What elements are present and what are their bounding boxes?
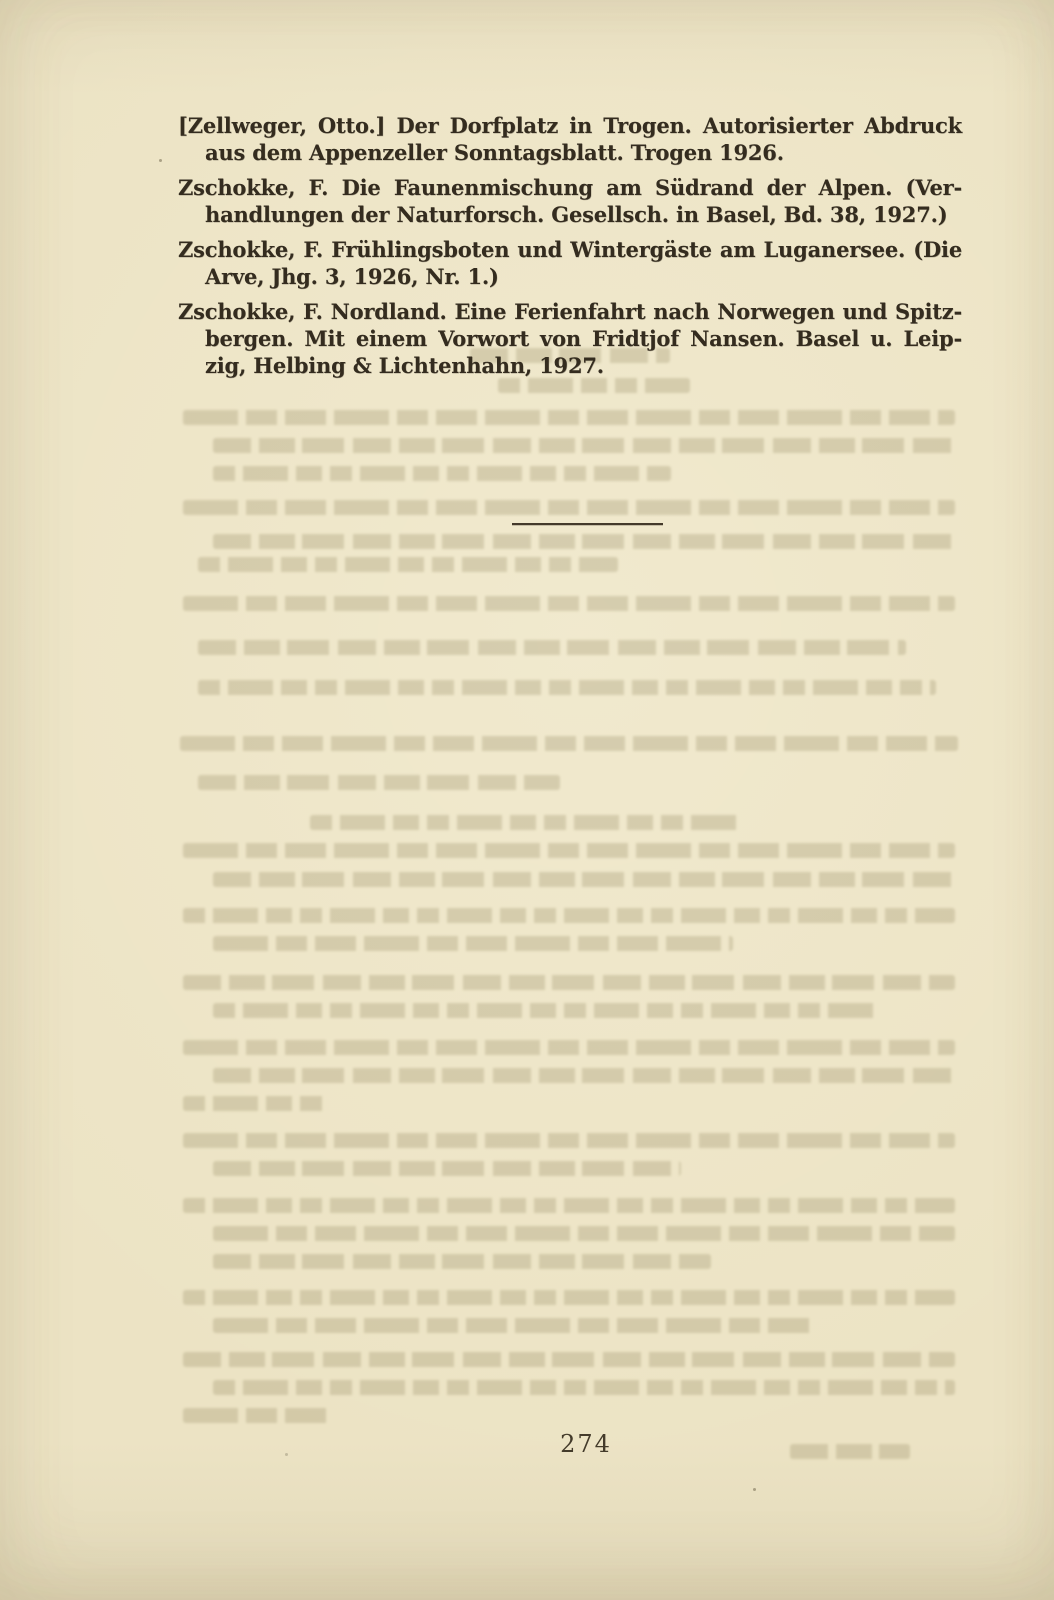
entry-line: zig, Helbing & Lichtenhahn, 1927.	[205, 353, 962, 378]
entry-line: [Zellweger, Otto.] Der Dorfplatz in Trog…	[178, 113, 962, 138]
entry-line: aus dem Appenzeller Sonntagsblatt. Troge…	[205, 140, 962, 165]
entry-line: Arve, Jhg. 3, 1926, Nr. 1.)	[205, 264, 962, 289]
ink-speck	[285, 1453, 288, 1456]
page-number: 274	[186, 1430, 986, 1458]
page: [Zellweger, Otto.] Der Dorfplatz in Trog…	[0, 0, 1054, 1600]
entry-line: bergen. Mit einem Vorwort von Fridtjof N…	[205, 326, 962, 351]
entry-line: Zschokke, F. Nordland. Eine Ferienfahrt …	[178, 299, 962, 324]
entry-line: Zschokke, F. Frühlingsboten und Wintergä…	[178, 237, 962, 262]
bibliography: [Zellweger, Otto.] Der Dorfplatz in Trog…	[178, 0, 962, 1600]
entry-line: handlungen der Naturforsch. Gesellsch. i…	[205, 202, 962, 227]
scanned-book-page: { "document": { "page_number": "274" }, …	[0, 0, 1054, 1600]
entry-line: Zschokke, F. Die Faunenmischung am Südra…	[178, 175, 962, 200]
ink-speck	[753, 1488, 756, 1491]
ink-speck	[159, 159, 162, 162]
section-divider-rule	[512, 523, 663, 525]
